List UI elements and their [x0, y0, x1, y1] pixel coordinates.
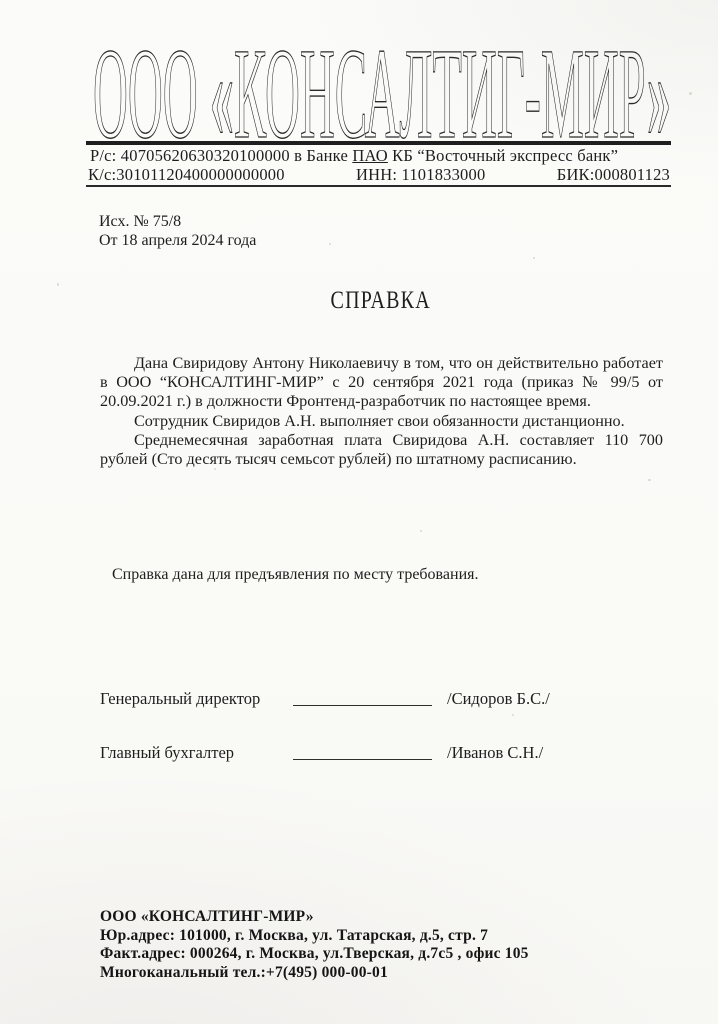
outgoing-date: От 18 апреля 2024 года	[99, 232, 256, 251]
bank-details-row: К/с:30101120400000000000 ИНН: 1101833000…	[88, 165, 670, 185]
signature-role-director: Генеральный директор	[100, 689, 260, 709]
bank-ks: К/с:30101120400000000000	[88, 165, 285, 185]
signature-name-accountant: /Иванов С.Н./	[447, 743, 543, 763]
body-paragraph-remote: Сотрудник Свиридов А.Н. выполняет свои о…	[100, 412, 663, 431]
scanned-certificate-page: ООО «КОНСАЛТИГ-МИР» Р/с: 407056206303201…	[0, 0, 718, 1024]
scan-speckle	[214, 468, 216, 470]
scan-speckle	[152, 241, 154, 243]
bank-bik: БИК:000801123	[557, 165, 670, 185]
body-paragraph-salary: Среднемесячная заработная плата Свиридов…	[100, 431, 663, 469]
letterhead: ООО «КОНСАЛТИГ-МИР»	[0, 0, 718, 150]
header-divider-thin	[86, 185, 671, 187]
outgoing-ref-block: Исх. № 75/8 От 18 апреля 2024 года	[99, 213, 256, 250]
signature-role-accountant: Главный бухгалтер	[100, 743, 234, 763]
footer-actual-address: Факт.адрес: 000264, г. Москва, ул.Тверск…	[100, 945, 529, 964]
footer-phone: Многоканальный тел.:+7(495) 000-00-01	[100, 964, 529, 983]
header-divider-thick	[86, 141, 671, 145]
signature-line-director	[293, 689, 432, 706]
bank-account-line: Р/с: 40705620630320100000 в Банке ПАО КБ…	[90, 146, 618, 166]
scan-speckle	[533, 257, 535, 259]
bank-inn: ИНН: 1101833000	[356, 165, 485, 185]
letterhead-company-name: ООО «КОНСАЛТИГ-МИР»	[93, 22, 671, 150]
scan-speckle	[57, 283, 59, 286]
certificate-body: Дана Свиридову Антону Николаевичу в том,…	[100, 354, 663, 469]
scan-speckle	[648, 479, 651, 481]
footer-company-name: ООО «КОНСАЛТИНГ-МИР»	[100, 908, 529, 927]
bank-rs-prefix: Р/с: 40705620630320100000 в Банке	[90, 146, 352, 165]
scan-speckle	[329, 243, 331, 245]
document-title: СПРАВКА	[331, 287, 431, 315]
body-paragraph-employment: Дана Свиридову Антону Николаевичу в том,…	[100, 354, 663, 412]
outgoing-number: Исх. № 75/8	[99, 213, 256, 232]
purpose-statement: Справка дана для предъявления по месту т…	[112, 566, 478, 584]
signature-name-director: /Сидоров Б.С./	[447, 689, 550, 709]
footer-legal-address: Юр.адрес: 101000, г. Москва, ул. Татарск…	[100, 927, 529, 946]
scan-speckle	[689, 92, 692, 95]
footer-requisites: ООО «КОНСАЛТИНГ-МИР» Юр.адрес: 101000, г…	[100, 908, 529, 982]
scan-speckle	[512, 714, 514, 716]
bank-name-suffix: КБ “Восточный экспресс банк”	[388, 146, 618, 165]
document-title-row: СПРАВКА	[90, 287, 672, 315]
scan-speckle	[420, 530, 422, 532]
bank-pao-underlined: ПАО	[352, 146, 388, 165]
signature-line-accountant	[293, 743, 432, 760]
